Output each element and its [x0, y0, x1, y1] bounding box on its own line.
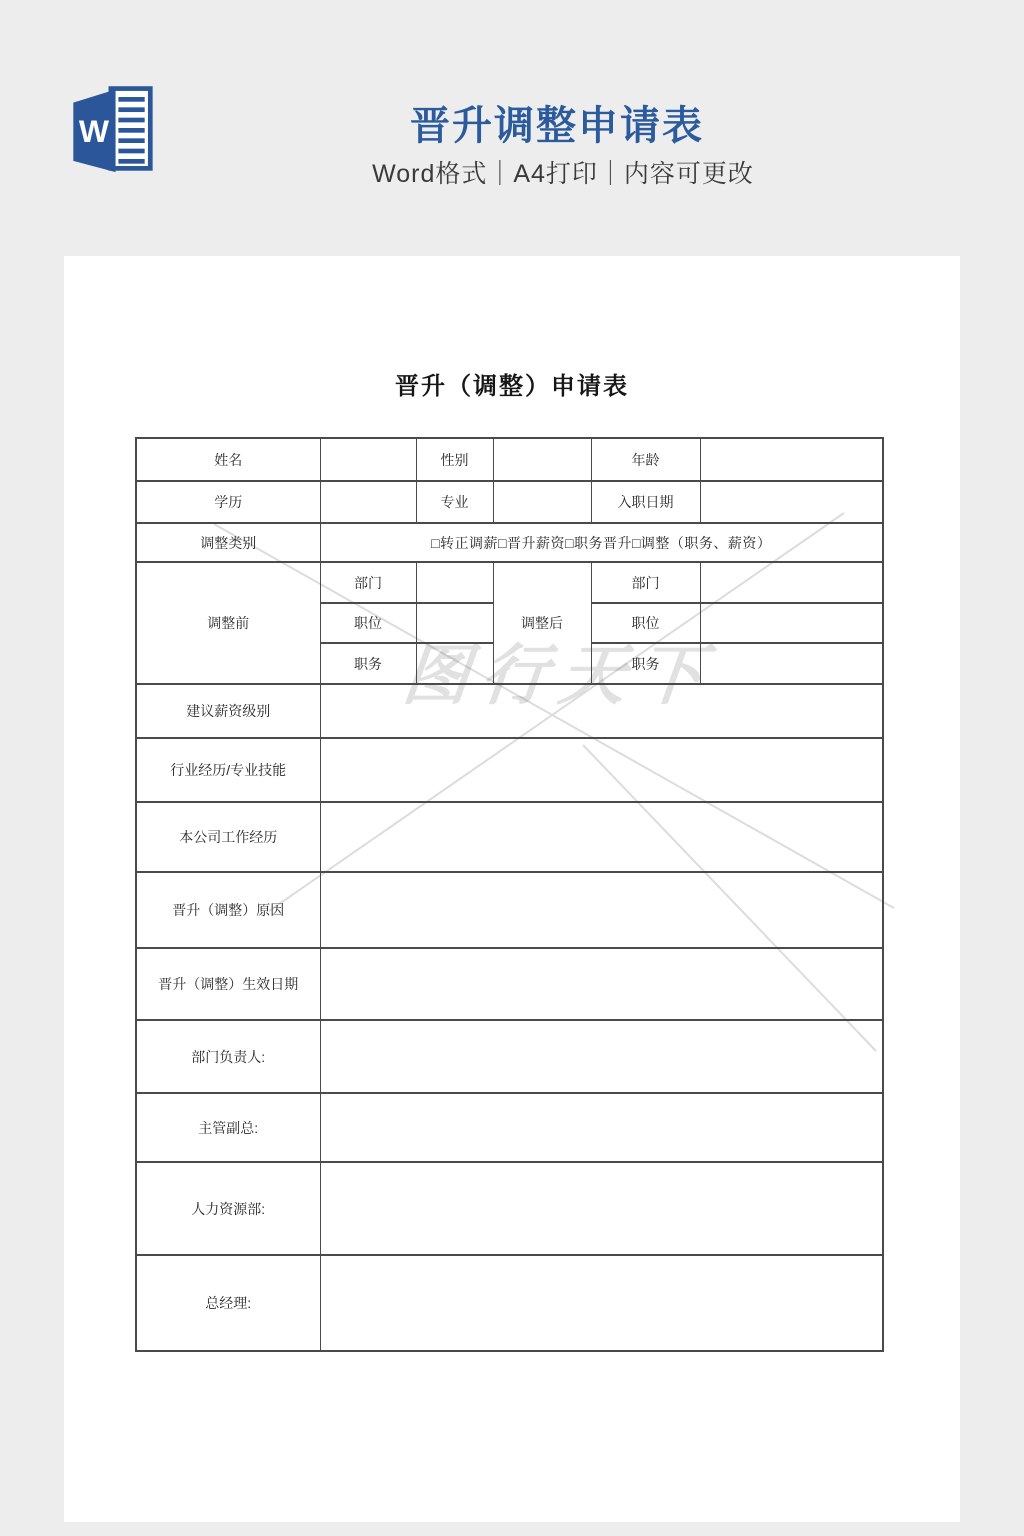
table-row: 建议薪资级别: [136, 684, 883, 738]
before-position-value-cell: [416, 603, 493, 643]
form-title: 晋升（调整）申请表: [64, 366, 960, 401]
gender-value-cell: [493, 438, 591, 481]
before-position-label: 职位: [320, 603, 416, 643]
promotion-reason-value-cell: [320, 872, 883, 948]
table-row: 调整类别 □转正调薪□晋升薪资□职务晋升□调整（职务、薪资）: [136, 523, 883, 562]
table-row: 学历 专业 入职日期: [136, 481, 883, 523]
document-page: 晋升（调整）申请表 图行天下 姓名 性别 年龄 学历 专业 入职日期: [64, 256, 960, 1522]
table-row: 人力资源部:: [136, 1162, 883, 1255]
general-manager-label: 总经理:: [136, 1255, 320, 1351]
deputy-gm-sign-cell: [320, 1093, 883, 1162]
company-history-value-cell: [320, 802, 883, 872]
deputy-gm-label: 主管副总:: [136, 1093, 320, 1162]
industry-experience-label: 行业经历/专业技能: [136, 738, 320, 802]
table-row: 总经理:: [136, 1255, 883, 1351]
after-position-value-cell: [700, 603, 883, 643]
department-head-sign-cell: [320, 1020, 883, 1093]
before-department-label: 部门: [320, 562, 416, 603]
effective-date-value-cell: [320, 948, 883, 1020]
word-icon: W: [62, 82, 156, 174]
education-label: 学历: [136, 481, 320, 523]
after-department-label: 部门: [591, 562, 700, 603]
page-title: 晋升调整申请表: [410, 94, 704, 151]
promotion-application-table: 姓名 性别 年龄 学历 专业 入职日期 调整类别 □转正调薪□晋升薪资□职务晋升…: [135, 437, 884, 1352]
company-history-label: 本公司工作经历: [136, 802, 320, 872]
table-row: 调整前 部门 调整后 部门: [136, 562, 883, 603]
before-duty-label: 职务: [320, 643, 416, 684]
before-duty-value-cell: [416, 643, 493, 684]
hr-department-label: 人力资源部:: [136, 1162, 320, 1255]
hire-date-value-cell: [700, 481, 883, 523]
after-adjust-label: 调整后: [493, 562, 591, 684]
table-row: 姓名 性别 年龄: [136, 438, 883, 481]
suggested-salary-value-cell: [320, 684, 883, 738]
department-head-label: 部门负责人:: [136, 1020, 320, 1093]
table-row: 部门负责人:: [136, 1020, 883, 1093]
industry-experience-value-cell: [320, 738, 883, 802]
after-department-value-cell: [700, 562, 883, 603]
major-value-cell: [493, 481, 591, 523]
after-duty-label: 职务: [591, 643, 700, 684]
table-row: 主管副总:: [136, 1093, 883, 1162]
after-duty-value-cell: [700, 643, 883, 684]
page-subtitle: Word格式｜A4打印｜内容可更改: [372, 154, 754, 190]
name-value-cell: [320, 438, 416, 481]
promotion-reason-label: 晋升（调整）原因: [136, 872, 320, 948]
effective-date-label: 晋升（调整）生效日期: [136, 948, 320, 1020]
word-icon-letter: W: [79, 113, 110, 149]
table-row: 行业经历/专业技能: [136, 738, 883, 802]
table-row: 晋升（调整）生效日期: [136, 948, 883, 1020]
template-preview-screen: { "header": { "icon_letter": "W", "title…: [0, 0, 1024, 1536]
before-department-value-cell: [416, 562, 493, 603]
age-label: 年龄: [591, 438, 700, 481]
after-position-label: 职位: [591, 603, 700, 643]
adjust-category-label: 调整类别: [136, 523, 320, 562]
general-manager-sign-cell: [320, 1255, 883, 1351]
age-value-cell: [700, 438, 883, 481]
before-adjust-label: 调整前: [136, 562, 320, 684]
education-value-cell: [320, 481, 416, 523]
hr-department-sign-cell: [320, 1162, 883, 1255]
major-label: 专业: [416, 481, 493, 523]
table-row: 晋升（调整）原因: [136, 872, 883, 948]
table-row: 本公司工作经历: [136, 802, 883, 872]
adjust-options-text: □转正调薪□晋升薪资□职务晋升□调整（职务、薪资）: [320, 523, 883, 562]
gender-label: 性别: [416, 438, 493, 481]
word-icon-graphic: W: [62, 82, 156, 174]
name-label: 姓名: [136, 438, 320, 481]
hire-date-label: 入职日期: [591, 481, 700, 523]
suggested-salary-label: 建议薪资级别: [136, 684, 320, 738]
